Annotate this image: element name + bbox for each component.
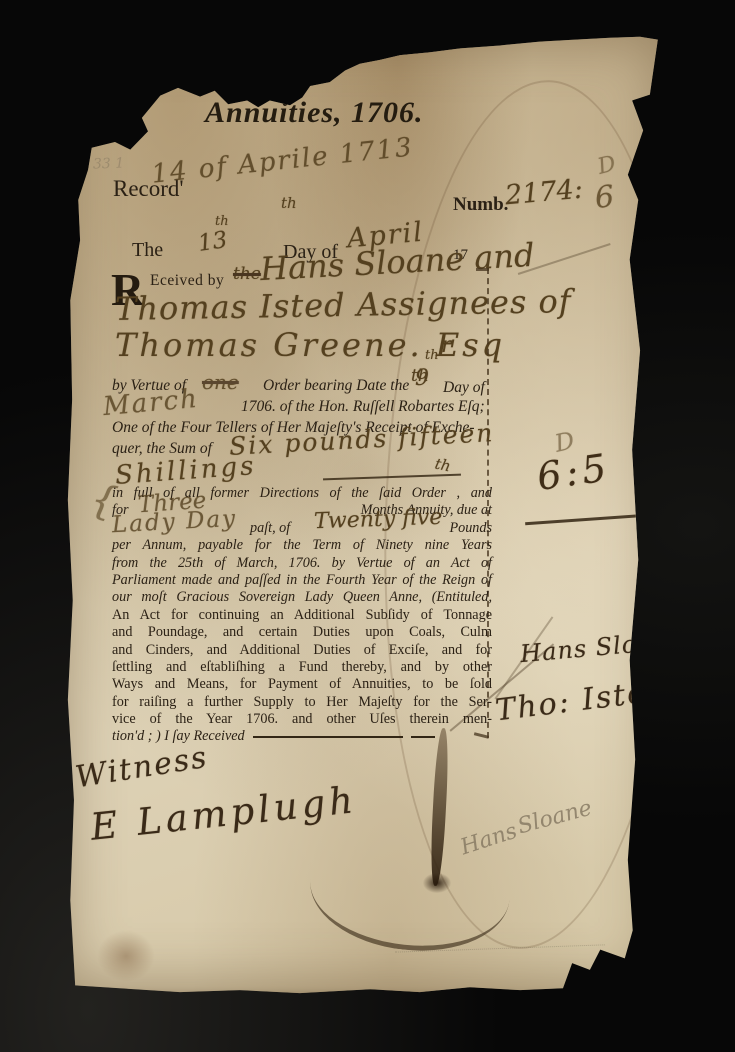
margin-amount-underline [525,512,675,525]
body-paragraph: in full of all former Directions of the … [112,485,492,746]
body-line-mixed: Lady Day paſt, of Twenty five Pounds [112,520,492,537]
recorded-superscript: th [281,194,297,212]
body-line: per Annum, payable for the Term of Ninet… [112,537,492,554]
dateline-day-superscript: th [215,214,229,229]
order-day-handwritten: 9 [415,366,429,391]
body-line-last: tion'd ; ) I ſay Received [112,728,492,745]
sum-fill-dash [323,474,461,481]
ink-smear [429,728,450,886]
numb-value-handwritten: 2174: [504,174,584,212]
signature-tho-isted: Tho: Isted [494,673,670,729]
payee-superscript-r: r [441,333,452,358]
photo-of-annuity-receipt: Annuities, 1706. Record' 14 of Aprile 17… [0,0,735,1052]
body-line: from the 25th of March, 1706. by Vertue … [112,555,492,572]
stain-bottom-left [97,930,155,982]
witness-label-handwritten: Witness [73,740,211,796]
body-l3-handwritten-2: Twenty five [314,509,443,531]
pencil-faint-scribble [395,944,605,962]
body-line: Parliament made and paſſed in the Fourth… [112,572,492,589]
order-day-superscript: th [425,348,439,363]
body-line: for raiſing a further Supply to Her Maje… [112,694,492,711]
recorded-date-handwritten: 14 of Aprile 1713 [150,132,415,189]
order-line1b: Order bearing Date the [263,377,409,395]
document-title: Annuities, 1706. [205,96,424,130]
body-line: and Cinders, and Additional Duties of Ex… [112,642,492,659]
dark-spot-top [243,44,279,74]
order-line2: 1706. of the Hon. Ruſſell Robartes Eſq; [241,398,485,416]
sum-flourish: th [433,455,452,476]
witness-signature: E Lamplugh [88,778,358,849]
payee-line2-handwritten: Thomas Isted Assignees of [115,282,572,328]
body-l3-handwritten-1: Lady Day [112,511,238,535]
margin-amount: 6:5 [534,445,613,499]
body-l3-mid: paſt, of [250,520,290,537]
body-line: our moſt Gracious Sovereign Lady Queen A… [112,589,492,606]
body-line: ſettling and eſtabliſhing a Fund thereby… [112,659,492,676]
fill-rule [253,736,403,738]
ink-droplet [423,873,451,893]
bracket-hook-top [476,268,489,271]
body-line: An Act for continuing an Additional Subſ… [112,607,492,624]
struck-word-the: the [233,264,261,284]
numb-label: Numb. [453,194,508,216]
body-line: and Poundage, and certain Duties upon Co… [112,624,492,641]
pencil-note-hans: Hans [458,819,521,861]
pencil-shelf-mark: 33 1 [93,155,125,172]
body-l3-post: Pounds [449,520,492,537]
dateline-the: The [132,239,163,262]
body-line: vice of the Year 1706. and other Uſes th… [112,711,492,728]
paper-document: Annuities, 1706. Record' 14 of Aprile 17… [55,30,667,995]
order-line1c: Day of [443,379,485,397]
ink-flourish-d: D [595,151,618,180]
signature-hans-sloane: Hans Sloane [519,626,685,668]
struck-word-one: one [202,370,239,394]
pencil-note-sloane: Sloane [515,796,595,840]
numb-margin-figure: 6 [593,179,616,216]
body-line: Ways and Means, for Payment of Annuities… [112,676,492,693]
fill-rule [411,736,435,738]
dateline-day-handwritten: 13 [196,227,229,257]
